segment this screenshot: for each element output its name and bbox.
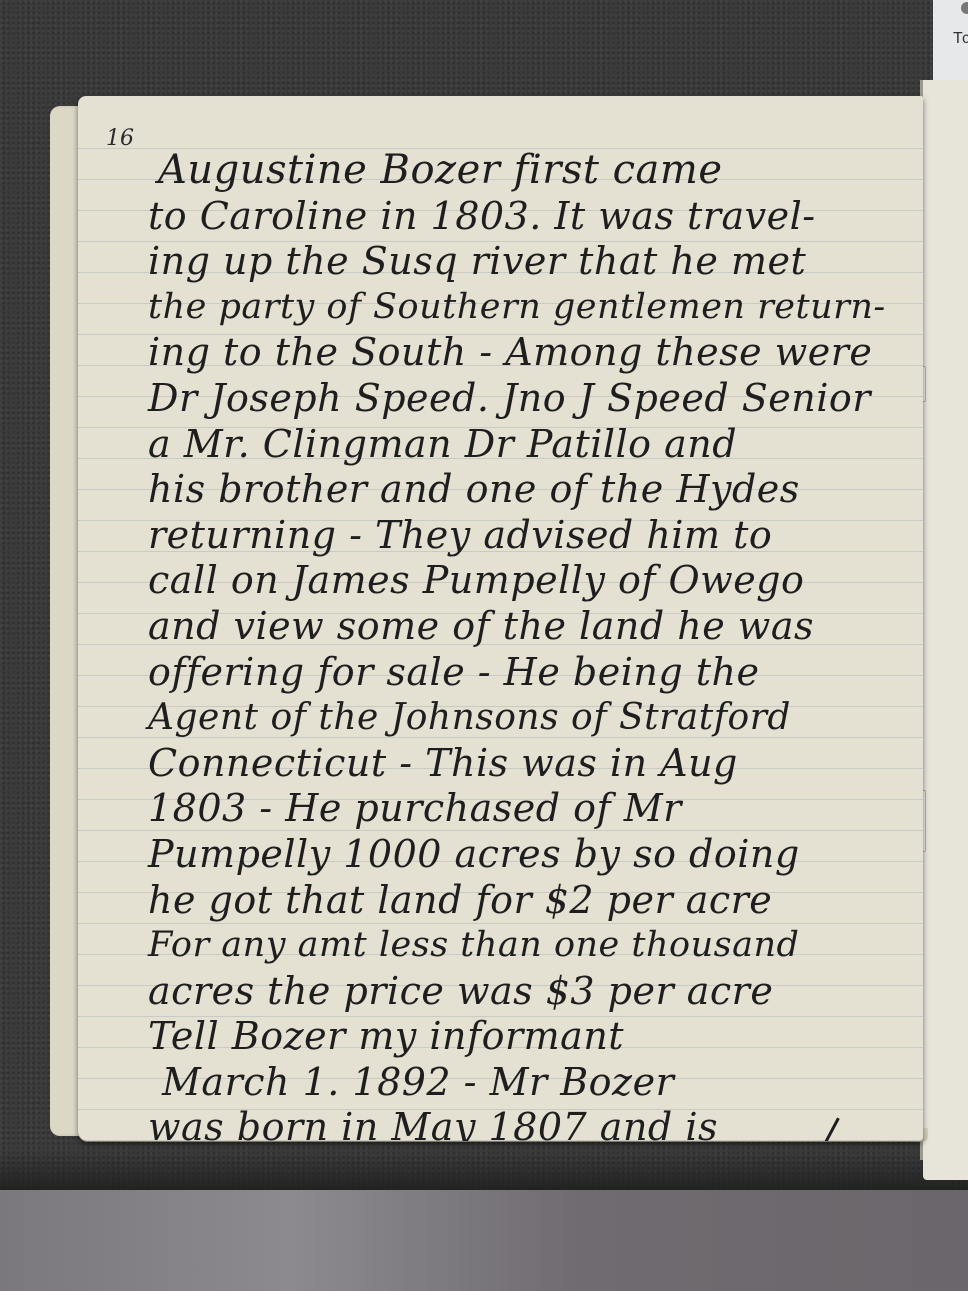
text-line: Agent of the Johnsons of Stratford (148, 695, 918, 741)
text-line: Pumpelly 1000 acres by so doing (148, 832, 918, 878)
text-line: he got that land for $2 per acre (148, 878, 918, 924)
table-surface (0, 1190, 968, 1291)
handwritten-text: Augustine Bozer first came to Caroline i… (148, 148, 918, 1141)
text-line: Connecticut - This was in Aug (148, 741, 918, 787)
label-mark-icon (961, 2, 968, 14)
text-line: Dr Joseph Speed. Jno J Speed Senior (148, 376, 918, 422)
text-line: was born in May 1807 and is (148, 1105, 918, 1141)
corner-label-text: Tc (953, 30, 968, 48)
text-line: offering for sale - He being the (148, 650, 918, 696)
text-line: 1803 - He purchased of Mr (148, 786, 918, 832)
text-line: acres the price was $3 per acre (148, 969, 918, 1015)
text-line: the party of Southern gentlemen return- (148, 285, 918, 331)
text-line: his brother and one of the Hydes (148, 467, 918, 513)
text-line: to Caroline in 1803. It was travel- (148, 194, 918, 240)
page-number: 16 (106, 126, 134, 151)
text-line: call on James Pumpelly of Owego (148, 558, 918, 604)
text-line: ing up the Susq river that he met (148, 239, 918, 285)
text-line: Augustine Bozer first came (148, 148, 918, 194)
text-line: returning - They advised him to (148, 513, 918, 559)
facing-page (923, 80, 968, 1180)
text-line: ing to the South - Among these were (148, 330, 918, 376)
text-line: and view some of the land he was (148, 604, 918, 650)
text-line: March 1. 1892 - Mr Bozer (148, 1060, 918, 1106)
corner-label-card: Tc (933, 0, 968, 85)
notebook-page: 16 Augustine Bozer first came to Carolin… (78, 96, 923, 1141)
text-line: a Mr. Clingman Dr Patillo and (148, 422, 918, 468)
text-line: For any amt less than one thousand (148, 923, 918, 969)
text-line: Tell Bozer my informant (148, 1014, 918, 1060)
